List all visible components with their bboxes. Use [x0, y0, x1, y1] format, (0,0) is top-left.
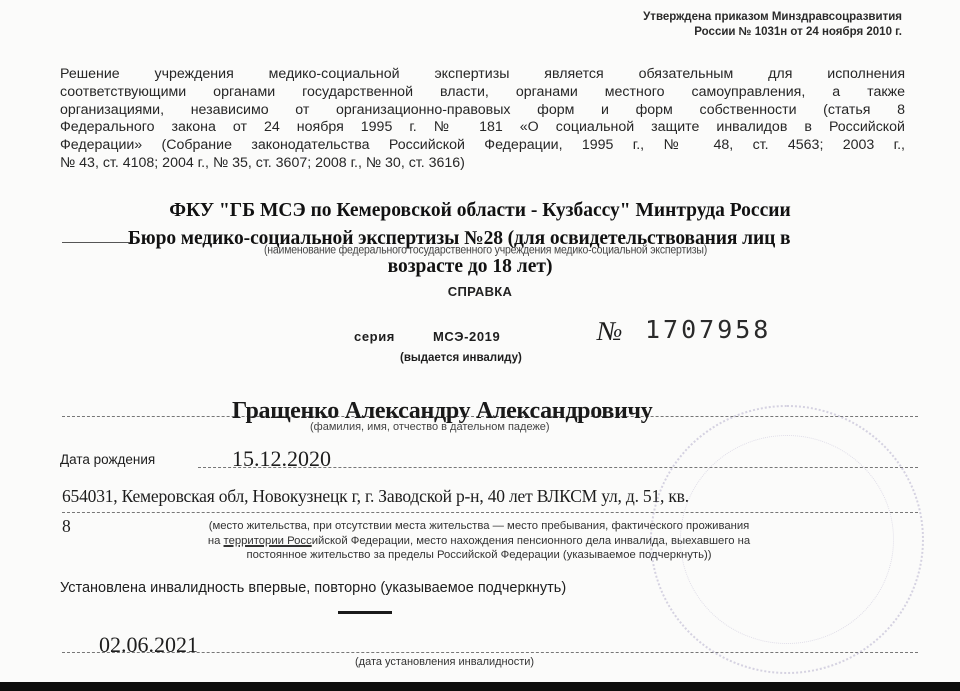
legal-line: Федерации» (Собрание законодательства Ро… — [60, 137, 905, 155]
name-caption: (фамилия, имя, отчество в дательном паде… — [310, 421, 550, 433]
institution-rule — [62, 242, 132, 243]
approval-line-1: Утверждена приказом Минздравсоцразвития — [643, 10, 902, 25]
selection-underline — [338, 611, 392, 614]
dob-label: Дата рождения — [60, 452, 155, 467]
legal-line: организациями, независимо от организацио… — [60, 102, 905, 120]
certificate-number: 1707958 — [645, 315, 771, 344]
series-value: МСЭ-2019 — [433, 329, 500, 344]
legal-line: № 43, ст. 4108; 2004 г., № 35, ст. 3607;… — [60, 155, 905, 173]
disability-date-value: 02.06.2021 — [99, 632, 198, 658]
issued-to-note: (выдается инвалиду) — [400, 352, 522, 364]
document-title: СПРАВКА — [0, 284, 960, 299]
legal-line: Решение учреждения медико-социальной экс… — [60, 66, 905, 84]
number-sign: № — [597, 316, 622, 347]
address-caption: (место жительства, при отсутствии места … — [84, 519, 874, 563]
address-caption-line-3: постоянное жительство за пределы Российс… — [84, 548, 874, 563]
institution-caption: (наименование федерального государственн… — [128, 243, 843, 256]
address-line — [62, 512, 918, 513]
legal-line: Федерального закона от 24 ноября 1995 г.… — [60, 119, 905, 137]
legal-paragraph: Решение учреждения медико-социальной экс… — [60, 66, 905, 173]
disability-established-line: Установлена инвалидность впервые, повтор… — [60, 580, 566, 596]
caption-text: ийской Федерации, место нахождения пенси… — [312, 535, 750, 547]
approval-note: Утверждена приказом Минздравсоцразвития … — [643, 10, 902, 40]
disability-date-caption: (дата установления инвалидности) — [355, 656, 534, 668]
address-caption-line-1: (место жительства, при отсутствии места … — [84, 519, 874, 534]
series-label: серия — [354, 329, 395, 344]
bottom-edge-bar — [0, 682, 960, 691]
address-value: 654031, Кемеровская обл, Новокузнецк г, … — [62, 486, 689, 507]
disability-certificate: Утверждена приказом Минздравсоцразвития … — [0, 0, 960, 691]
approval-line-2: России № 1031н от 24 ноября 2010 г. — [643, 25, 902, 40]
address-caption-line-2: на территории Российской Федерации, мест… — [84, 534, 874, 549]
address-value-continued: 8 — [62, 516, 71, 537]
institution-line-1: ФКУ "ГБ МСЭ по Кемеровской области - Куз… — [0, 200, 960, 222]
caption-underlined-text: территории Росс — [224, 535, 312, 547]
institution-line-3: возрасте до 18 лет) — [0, 256, 940, 278]
dob-value: 15.12.2020 — [232, 446, 331, 472]
caption-text: на — [208, 535, 224, 547]
legal-line: соответствующими органами государственно… — [60, 84, 905, 102]
